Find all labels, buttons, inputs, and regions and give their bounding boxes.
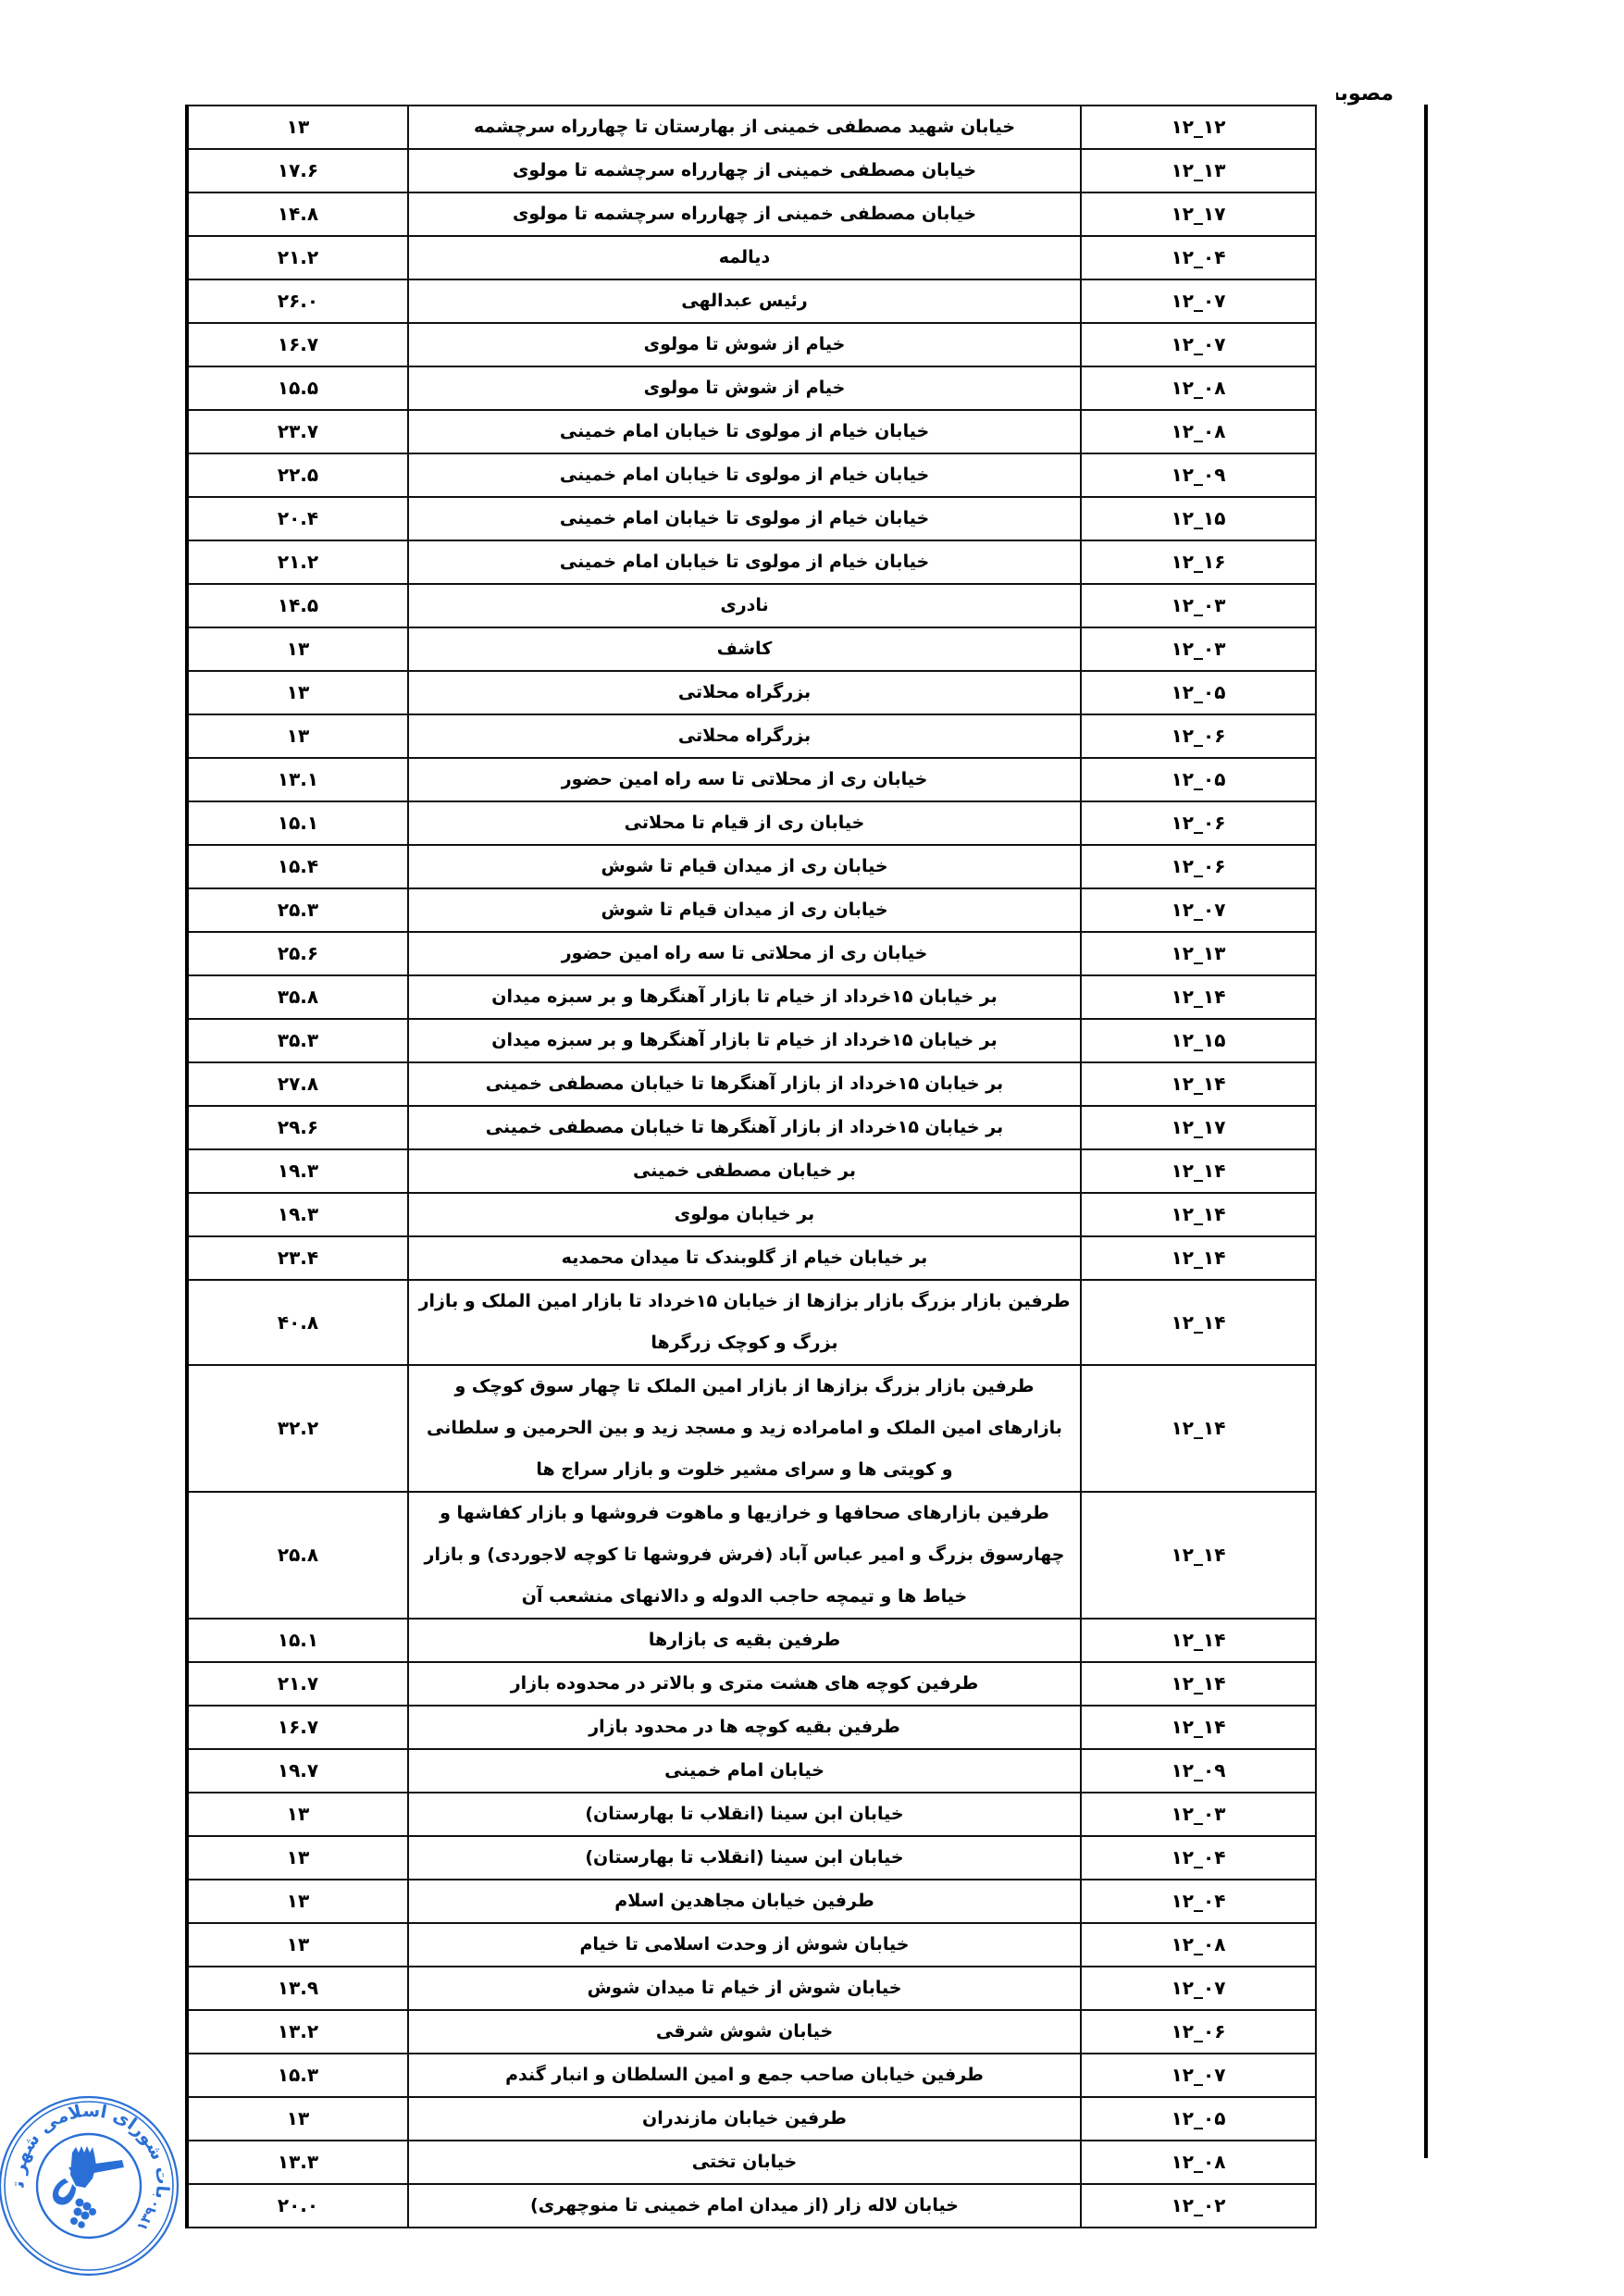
value-cell: ۱۳.۲ — [187, 2010, 408, 2054]
value-cell: ۲۱.۷ — [187, 1662, 408, 1706]
description-cell: بر خیابان مصطفی خمینی — [408, 1149, 1081, 1193]
description-cell: خیابان ری از محلاتی تا سه راه امین حضور — [408, 932, 1081, 975]
table-row: ۲۵.۶خیابان ری از محلاتی تا سه راه امین ح… — [187, 932, 1316, 975]
description-cell: طرفین بقیه کوچه ها در محدود بازار — [408, 1706, 1081, 1749]
code-cell: ۱۲_۱۴ — [1081, 1280, 1316, 1365]
council-seal-stamp-icon: مصوبات شورای اسلامی شهر تهران ۱۳۹۰ — [0, 2093, 181, 2278]
value-cell: ۱۹.۳ — [187, 1149, 408, 1193]
description-cell: خیابان ابن سینا (انقلاب تا بهارستان) — [408, 1793, 1081, 1836]
value-cell: ۱۳ — [187, 1880, 408, 1923]
code-cell: ۱۲_۱۴ — [1081, 1492, 1316, 1619]
table-row: ۲۱.۲خیابان خیام از مولوی تا خیابان امام … — [187, 540, 1316, 584]
code-cell: ۱۲_۰۵ — [1081, 758, 1316, 801]
table-row: ۲۵.۸طرفین بازارهای صحافها و خرازیها و ما… — [187, 1492, 1316, 1619]
table-row: ۱۳طرفین خیابان مجاهدین اسلام۱۲_۰۴ — [187, 1880, 1316, 1923]
description-cell: بر خیابان ۱۵خرداد از بازار آهنگرها تا خی… — [408, 1062, 1081, 1106]
table-row: ۱۵.۵خیام از شوش تا مولوی۱۲_۰۸ — [187, 366, 1316, 410]
value-cell: ۱۷.۶ — [187, 149, 408, 192]
code-cell: ۱۲_۱۴ — [1081, 1706, 1316, 1749]
value-cell: ۱۶.۷ — [187, 1706, 408, 1749]
code-cell: ۱۲_۰۶ — [1081, 714, 1316, 758]
code-cell: ۱۲_۱۶ — [1081, 540, 1316, 584]
table-row: ۲۰.۰خیابان لاله زار (از میدان امام خمینی… — [187, 2184, 1316, 2228]
description-cell: دیالمه — [408, 236, 1081, 279]
value-cell: ۱۵.۱ — [187, 801, 408, 845]
table-row: ۳۲.۲طرفین بازار بزرگ بزازها از بازار امی… — [187, 1365, 1316, 1492]
description-cell: خیام از شوش تا مولوی — [408, 366, 1081, 410]
value-cell: ۲۲.۵ — [187, 453, 408, 497]
clipped-header-fragment: مصوبات — [1336, 93, 1394, 110]
code-cell: ۱۲_۰۷ — [1081, 888, 1316, 932]
table-row: ۱۵.۱خیابان ری از قیام تا محلاتی۱۲_۰۶ — [187, 801, 1316, 845]
table-row: ۱۳کاشف۱۲_۰۳ — [187, 627, 1316, 671]
value-cell: ۱۳ — [187, 1836, 408, 1880]
description-cell: خیابان شوش از وحدت اسلامی تا خیام — [408, 1923, 1081, 1967]
description-cell: خیابان شوش از خیام تا میدان شوش — [408, 1967, 1081, 2010]
table-row: ۱۴.۵نادری۱۲_۰۳ — [187, 584, 1316, 627]
code-cell: ۱۲_۰۳ — [1081, 584, 1316, 627]
value-cell: ۲۵.۳ — [187, 888, 408, 932]
table-row: ۱۳.۹خیابان شوش از خیام تا میدان شوش۱۲_۰۷ — [187, 1967, 1316, 2010]
code-cell: ۱۲_۱۴ — [1081, 1236, 1316, 1280]
table-row: ۱۵.۴خیابان ری از میدان قیام تا شوش۱۲_۰۶ — [187, 845, 1316, 888]
description-cell: طرفین بازارهای صحافها و خرازیها و ماهوت … — [408, 1492, 1081, 1619]
table-row: ۲۶.۰رئیس عبدالهی۱۲_۰۷ — [187, 279, 1316, 323]
table-row: ۱۹.۳بر خیابان مولوی۱۲_۱۴ — [187, 1193, 1316, 1236]
description-cell: خیابان امام خمینی — [408, 1749, 1081, 1793]
description-cell: خیابان خیام از مولوی تا خیابان امام خمین… — [408, 453, 1081, 497]
table-row: ۲۷.۸بر خیابان ۱۵خرداد از بازار آهنگرها ت… — [187, 1062, 1316, 1106]
table-row: ۱۳.۲خیابان شوش شرقی۱۲_۰۶ — [187, 2010, 1316, 2054]
code-cell: ۱۲_۰۶ — [1081, 801, 1316, 845]
table-row: ۱۳بزرگراه محلاتی۱۲_۰۶ — [187, 714, 1316, 758]
code-cell: ۱۲_۱۷ — [1081, 192, 1316, 236]
description-cell: طرفین خیابان مجاهدین اسلام — [408, 1880, 1081, 1923]
code-cell: ۱۲_۰۸ — [1081, 366, 1316, 410]
table-row: ۱۳.۱خیابان ری از محلاتی تا سه راه امین ح… — [187, 758, 1316, 801]
table-row: ۱۵.۳طرفین خیابان صاحب جمع و امین السلطان… — [187, 2054, 1316, 2097]
code-cell: ۱۲_۰۹ — [1081, 1749, 1316, 1793]
table-row: ۱۳خیابان ابن سینا (انقلاب تا بهارستان)۱۲… — [187, 1836, 1316, 1880]
code-cell: ۱۲_۱۲ — [1081, 105, 1316, 149]
value-cell: ۱۳.۳ — [187, 2141, 408, 2184]
code-cell: ۱۲_۱۳ — [1081, 149, 1316, 192]
code-cell: ۱۲_۱۴ — [1081, 1365, 1316, 1492]
code-cell: ۱۲_۰۴ — [1081, 236, 1316, 279]
description-cell: کاشف — [408, 627, 1081, 671]
description-cell: بر خیابان ۱۵خرداد از خیام تا بازار آهنگر… — [408, 1019, 1081, 1062]
code-cell: ۱۲_۱۴ — [1081, 1062, 1316, 1106]
code-cell: ۱۲_۰۴ — [1081, 1836, 1316, 1880]
description-cell: بر خیابان ۱۵خرداد از بازار آهنگرها تا خی… — [408, 1106, 1081, 1149]
table-row: ۱۳خیابان شهید مصطفی خمینی از بهارستان تا… — [187, 105, 1316, 149]
value-cell: ۲۱.۲ — [187, 540, 408, 584]
description-cell: رئیس عبدالهی — [408, 279, 1081, 323]
value-cell: ۳۲.۲ — [187, 1365, 408, 1492]
table-row: ۲۲.۵خیابان خیام از مولوی تا خیابان امام … — [187, 453, 1316, 497]
code-cell: ۱۲_۰۵ — [1081, 671, 1316, 714]
description-cell: خیابان ری از میدان قیام تا شوش — [408, 845, 1081, 888]
value-cell: ۱۶.۷ — [187, 323, 408, 366]
table-row: ۲۱.۷طرفین کوچه های هشت متری و بالاتر در … — [187, 1662, 1316, 1706]
description-cell: خیابان خیام از مولوی تا خیابان امام خمین… — [408, 497, 1081, 540]
table-row: ۱۶.۷طرفین بقیه کوچه ها در محدود بازار۱۲_… — [187, 1706, 1316, 1749]
table-row: ۲۹.۶بر خیابان ۱۵خرداد از بازار آهنگرها ت… — [187, 1106, 1316, 1149]
value-cell: ۲۶.۰ — [187, 279, 408, 323]
value-cell: ۳۵.۸ — [187, 975, 408, 1019]
value-cell: ۲۹.۶ — [187, 1106, 408, 1149]
code-cell: ۱۲_۰۶ — [1081, 2010, 1316, 2054]
description-cell: خیابان ری از قیام تا محلاتی — [408, 801, 1081, 845]
code-cell: ۱۲_۱۷ — [1081, 1106, 1316, 1149]
value-cell: ۱۳ — [187, 2097, 408, 2141]
table-row: ۳۵.۳بر خیابان ۱۵خرداد از خیام تا بازار آ… — [187, 1019, 1316, 1062]
table-row: ۱۹.۷خیابان امام خمینی۱۲_۰۹ — [187, 1749, 1316, 1793]
value-cell: ۱۵.۳ — [187, 2054, 408, 2097]
value-cell: ۲۷.۸ — [187, 1062, 408, 1106]
description-cell: خیابان ابن سینا (انقلاب تا بهارستان) — [408, 1836, 1081, 1880]
table-row: ۱۳.۳خیابان تختی۱۲_۰۸ — [187, 2141, 1316, 2184]
description-cell: خیابان خیام از مولوی تا خیابان امام خمین… — [408, 540, 1081, 584]
value-cell: ۲۳.۴ — [187, 1236, 408, 1280]
value-cell: ۱۹.۷ — [187, 1749, 408, 1793]
code-cell: ۱۲_۱۴ — [1081, 1662, 1316, 1706]
table-row: ۱۳خیابان ابن سینا (انقلاب تا بهارستان)۱۲… — [187, 1793, 1316, 1836]
code-cell: ۱۲_۱۴ — [1081, 1619, 1316, 1662]
description-cell: طرفین بازار بزرگ بزازها از بازار امین ال… — [408, 1365, 1081, 1492]
description-cell: بر خیابان مولوی — [408, 1193, 1081, 1236]
value-cell: ۱۵.۱ — [187, 1619, 408, 1662]
description-cell: خیابان تختی — [408, 2141, 1081, 2184]
description-cell: بزرگراه محلاتی — [408, 671, 1081, 714]
description-cell: خیابان لاله زار (از میدان امام خمینی تا … — [408, 2184, 1081, 2228]
code-cell: ۱۲_۰۸ — [1081, 1923, 1316, 1967]
table-row: ۲۰.۴خیابان خیام از مولوی تا خیابان امام … — [187, 497, 1316, 540]
table-row: ۱۳خیابان شوش از وحدت اسلامی تا خیام۱۲_۰۸ — [187, 1923, 1316, 1967]
table-row: ۳۵.۸بر خیابان ۱۵خرداد از خیام تا بازار آ… — [187, 975, 1316, 1019]
document-page: مصوبات ۱۳خیابان شهید مصطفی خمینی از بهار… — [0, 0, 1624, 2296]
table-row: ۱۹.۳بر خیابان مصطفی خمینی۱۲_۱۴ — [187, 1149, 1316, 1193]
table-row: ۱۳طرفین خیابان مازندران۱۲_۰۵ — [187, 2097, 1316, 2141]
value-cell: ۲۵.۸ — [187, 1492, 408, 1619]
stamp-emblem-icon — [53, 2146, 124, 2228]
code-cell: ۱۲_۰۳ — [1081, 627, 1316, 671]
value-cell: ۲۵.۶ — [187, 932, 408, 975]
table-row: ۴۰.۸طرفین بازار بزرگ بازار بزازها از خیا… — [187, 1280, 1316, 1365]
data-table: ۱۳خیابان شهید مصطفی خمینی از بهارستان تا… — [185, 105, 1317, 2228]
table-row: ۲۵.۳خیابان ری از میدان قیام تا شوش۱۲_۰۷ — [187, 888, 1316, 932]
value-cell: ۱۵.۴ — [187, 845, 408, 888]
description-cell: خیابان ری از میدان قیام تا شوش — [408, 888, 1081, 932]
value-cell: ۱۴.۸ — [187, 192, 408, 236]
table-row: ۱۴.۸خیابان مصطفی خمینی از چهارراه سرچشمه… — [187, 192, 1316, 236]
code-cell: ۱۲_۰۲ — [1081, 2184, 1316, 2228]
code-cell: ۱۲_۰۷ — [1081, 323, 1316, 366]
code-cell: ۱۲_۰۶ — [1081, 845, 1316, 888]
value-cell: ۱۴.۵ — [187, 584, 408, 627]
description-cell: طرفین خیابان مازندران — [408, 2097, 1081, 2141]
description-cell: خیابان شهید مصطفی خمینی از بهارستان تا چ… — [408, 105, 1081, 149]
page-right-rule — [1424, 105, 1428, 2158]
code-cell: ۱۲_۰۸ — [1081, 2141, 1316, 2184]
code-cell: ۱۲_۱۴ — [1081, 1193, 1316, 1236]
value-cell: ۲۰.۴ — [187, 497, 408, 540]
table-body: ۱۳خیابان شهید مصطفی خمینی از بهارستان تا… — [187, 105, 1316, 2228]
description-cell: خیابان شوش شرقی — [408, 2010, 1081, 2054]
code-cell: ۱۲_۰۷ — [1081, 2054, 1316, 2097]
description-cell: خیابان ری از محلاتی تا سه راه امین حضور — [408, 758, 1081, 801]
value-cell: ۱۹.۳ — [187, 1193, 408, 1236]
description-cell: طرفین خیابان صاحب جمع و امین السلطان و ا… — [408, 2054, 1081, 2097]
code-cell: ۱۲_۰۹ — [1081, 453, 1316, 497]
description-cell: بزرگراه محلاتی — [408, 714, 1081, 758]
code-cell: ۱۲_۰۸ — [1081, 410, 1316, 453]
value-cell: ۲۰.۰ — [187, 2184, 408, 2228]
description-cell: بر خیابان خیام از گلوبندک تا میدان محمدی… — [408, 1236, 1081, 1280]
description-cell: طرفین کوچه های هشت متری و بالاتر در محدو… — [408, 1662, 1081, 1706]
code-cell: ۱۲_۰۷ — [1081, 279, 1316, 323]
description-cell: نادری — [408, 584, 1081, 627]
code-cell: ۱۲_۱۴ — [1081, 975, 1316, 1019]
value-cell: ۱۳ — [187, 1793, 408, 1836]
description-cell: بر خیابان ۱۵خرداد از خیام تا بازار آهنگر… — [408, 975, 1081, 1019]
description-cell: خیابان مصطفی خمینی از چهارراه سرچشمه تا … — [408, 149, 1081, 192]
table-row: ۲۱.۲دیالمه۱۲_۰۴ — [187, 236, 1316, 279]
table-row: ۱۳بزرگراه محلاتی۱۲_۰۵ — [187, 671, 1316, 714]
value-cell: ۱۳ — [187, 671, 408, 714]
table-row: ۱۷.۶خیابان مصطفی خمینی از چهارراه سرچشمه… — [187, 149, 1316, 192]
code-cell: ۱۲_۰۴ — [1081, 1880, 1316, 1923]
value-cell: ۴۰.۸ — [187, 1280, 408, 1365]
table-row: ۱۶.۷خیام از شوش تا مولوی۱۲_۰۷ — [187, 323, 1316, 366]
description-cell: طرفین بقیه ی بازارها — [408, 1619, 1081, 1662]
value-cell: ۱۳.۹ — [187, 1967, 408, 2010]
value-cell: ۱۳ — [187, 627, 408, 671]
code-cell: ۱۲_۱۴ — [1081, 1149, 1316, 1193]
value-cell: ۲۱.۲ — [187, 236, 408, 279]
value-cell: ۳۵.۳ — [187, 1019, 408, 1062]
table-row: ۲۳.۴بر خیابان خیام از گلوبندک تا میدان م… — [187, 1236, 1316, 1280]
value-cell: ۱۳.۱ — [187, 758, 408, 801]
value-cell: ۱۳ — [187, 105, 408, 149]
code-cell: ۱۲_۱۳ — [1081, 932, 1316, 975]
table-row: ۲۳.۷خیابان خیام از مولوی تا خیابان امام … — [187, 410, 1316, 453]
code-cell: ۱۲_۱۵ — [1081, 497, 1316, 540]
code-cell: ۱۲_۰۷ — [1081, 1967, 1316, 2010]
table-row: ۱۵.۱طرفین بقیه ی بازارها۱۲_۱۴ — [187, 1619, 1316, 1662]
value-cell: ۱۳ — [187, 1923, 408, 1967]
code-cell: ۱۲_۰۳ — [1081, 1793, 1316, 1836]
description-cell: خیابان خیام از مولوی تا خیابان امام خمین… — [408, 410, 1081, 453]
code-cell: ۱۲_۱۵ — [1081, 1019, 1316, 1062]
description-cell: خیابان مصطفی خمینی از چهارراه سرچشمه تا … — [408, 192, 1081, 236]
value-cell: ۱۵.۵ — [187, 366, 408, 410]
code-cell: ۱۲_۰۵ — [1081, 2097, 1316, 2141]
value-cell: ۱۳ — [187, 714, 408, 758]
description-cell: خیام از شوش تا مولوی — [408, 323, 1081, 366]
description-cell: طرفین بازار بزرگ بازار بزازها از خیابان … — [408, 1280, 1081, 1365]
value-cell: ۲۳.۷ — [187, 410, 408, 453]
